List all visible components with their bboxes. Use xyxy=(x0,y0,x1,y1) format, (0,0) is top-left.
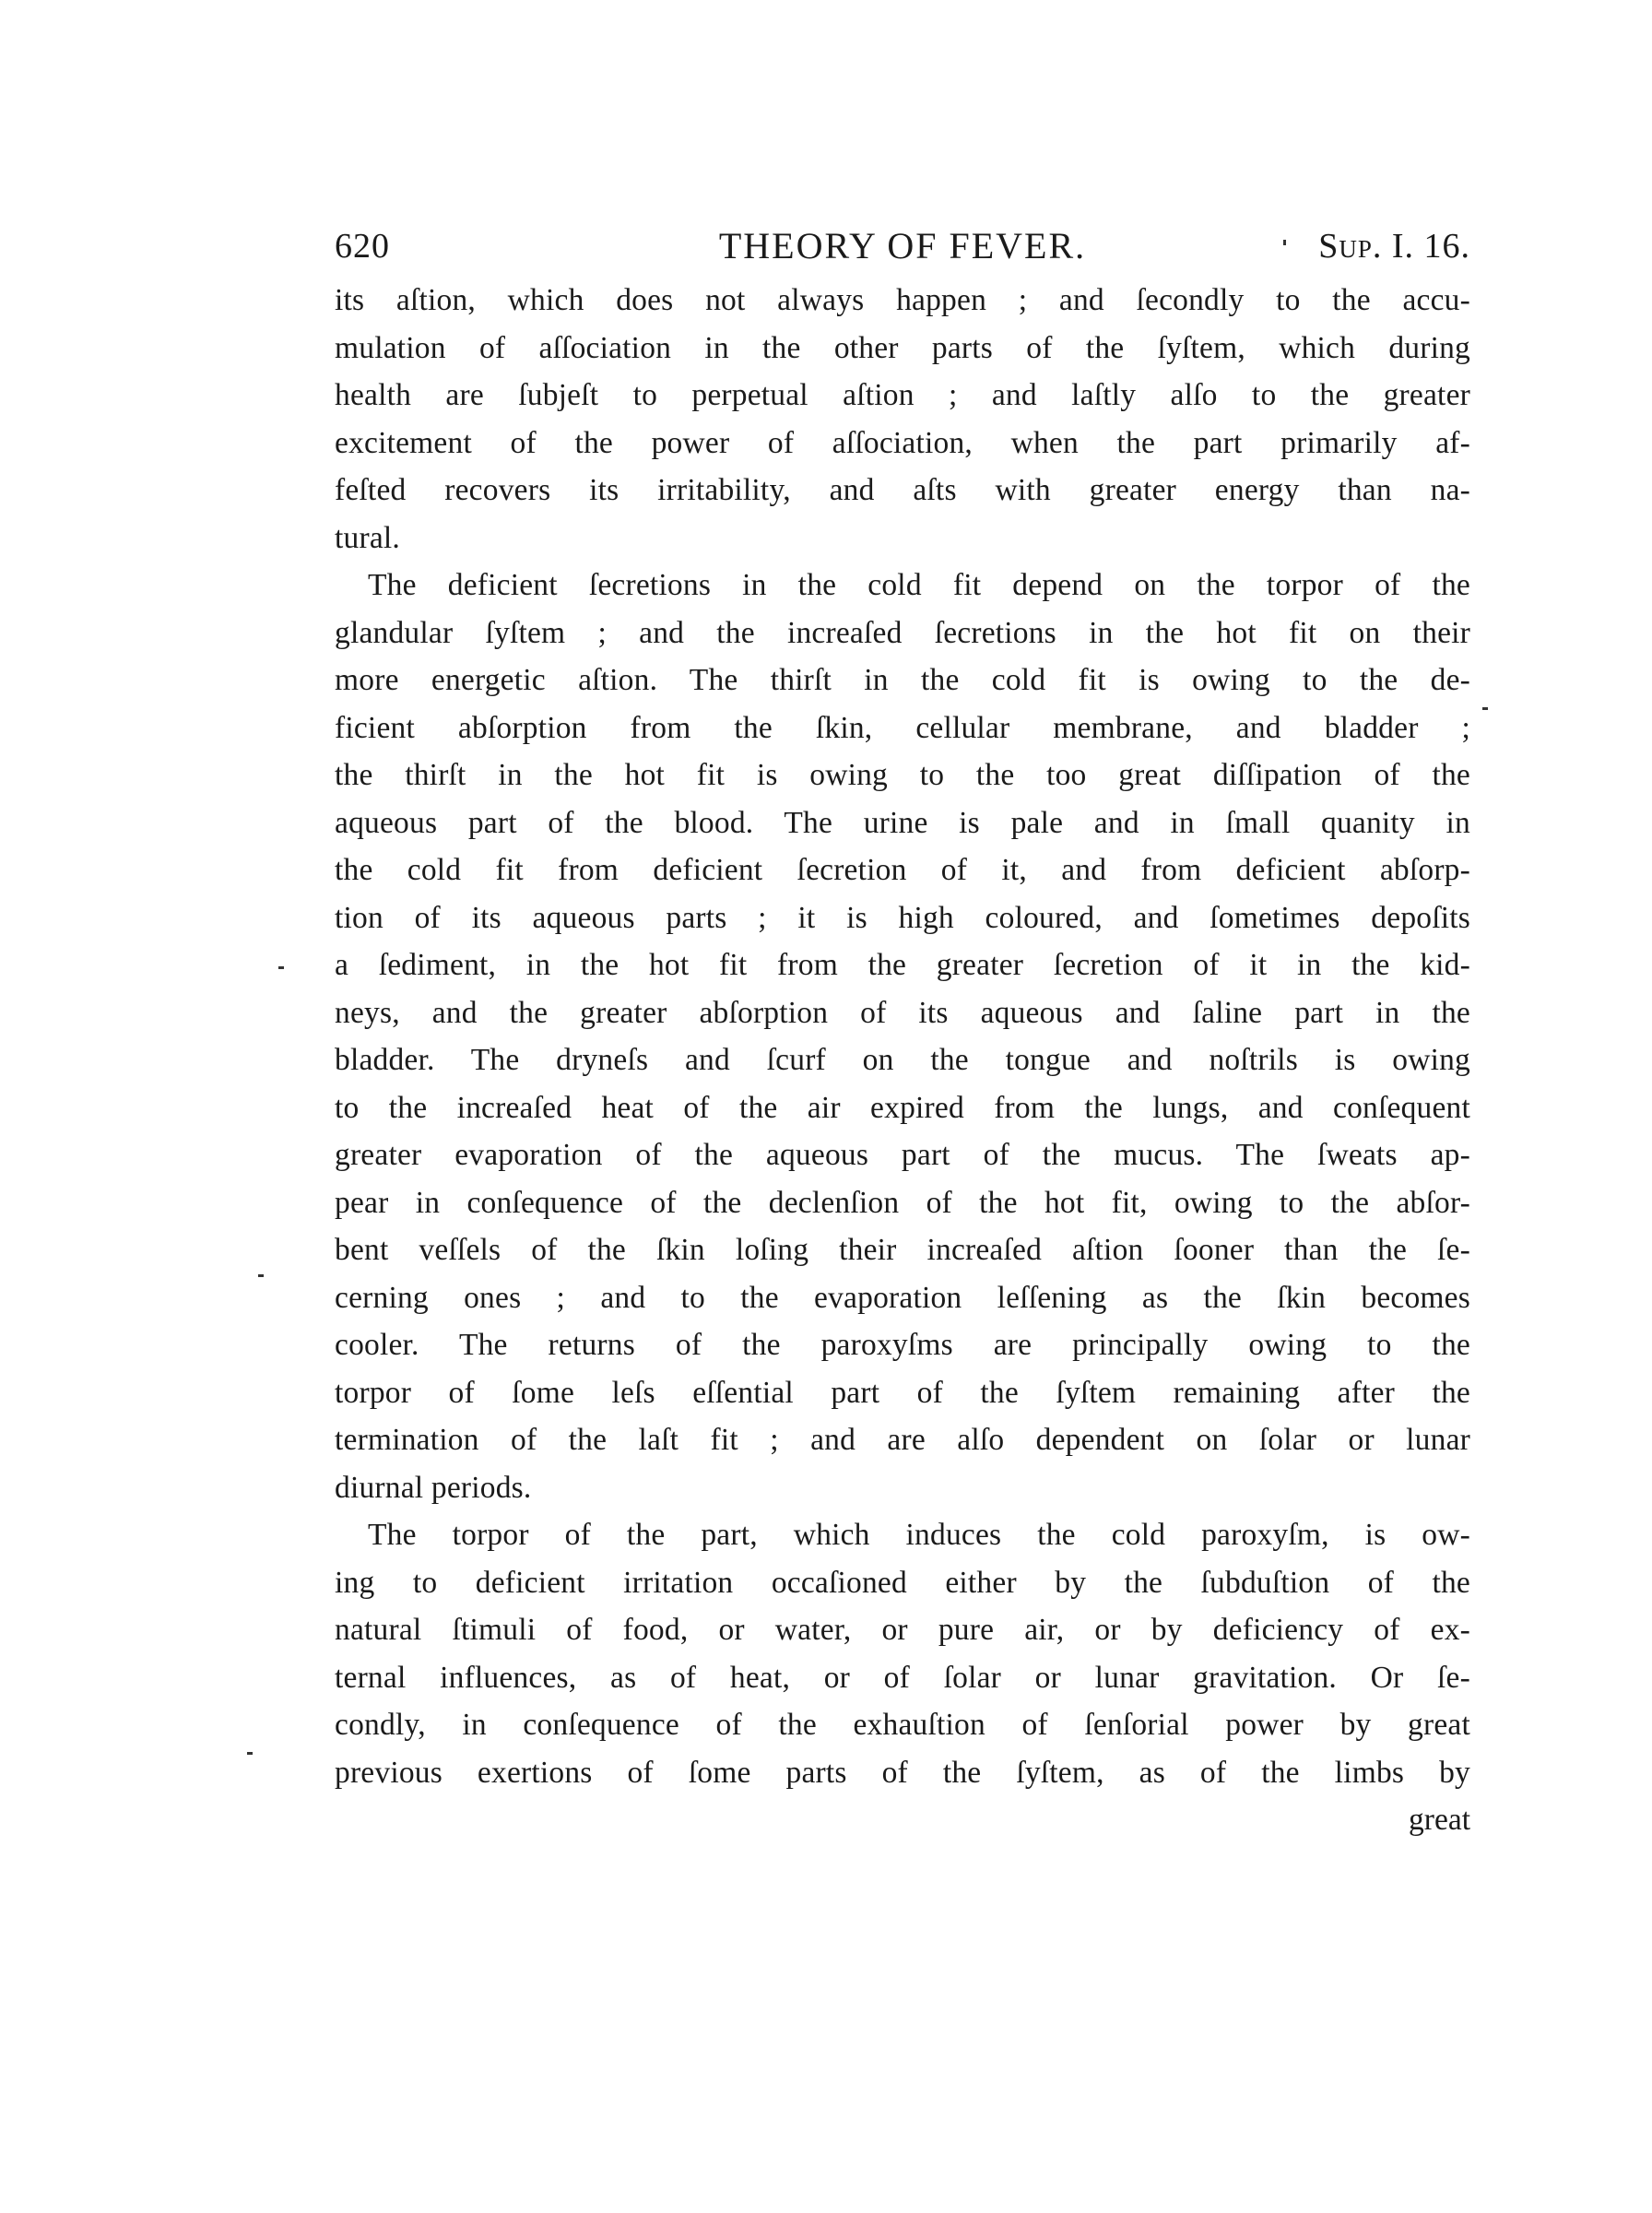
text-line: greater evaporation of the aqueous part … xyxy=(335,1131,1470,1179)
text-line: bladder. The dryneſs and ſcurf on the to… xyxy=(335,1036,1470,1084)
text-line: mulation of aſſociation in the other par… xyxy=(335,325,1470,373)
text-line: to the increaſed heat of the air expired… xyxy=(335,1084,1470,1132)
text-line: neys, and the greater abſorption of its … xyxy=(335,989,1470,1037)
paragraph-2: The deficient ſecretions in the cold fit… xyxy=(335,562,1470,1511)
text-line: cooler. The returns of the paroxyſms are… xyxy=(335,1321,1470,1369)
text-line: The deficient ſecretions in the cold fit… xyxy=(335,562,1470,609)
text-line: the thirſt in the hot fit is owing to th… xyxy=(335,751,1470,799)
running-head: 620 THEORY OF FEVER. Sup. I. 16. xyxy=(335,219,1470,273)
text-line: diurnal periods. xyxy=(335,1464,1470,1512)
text-line: its aſtion, which does not always happen… xyxy=(335,277,1470,325)
text-line: pear in conſequence of the declenſion of… xyxy=(335,1179,1470,1227)
text-line: the cold fit from deficient ſecretion of… xyxy=(335,846,1470,894)
text-line: ficient abſorption from the ſkin, cellul… xyxy=(335,704,1470,752)
text-line: cerning ones ; and to the evaporation le… xyxy=(335,1274,1470,1322)
text-line: ternal influences, as of heat, or of ſol… xyxy=(335,1654,1470,1702)
text-line: termination of the laſt fit ; and are al… xyxy=(335,1416,1470,1464)
margin-speck xyxy=(258,1274,264,1277)
text-line: natural ſtimuli of food, or water, or pu… xyxy=(335,1606,1470,1654)
section-reference: Sup. I. 16. xyxy=(1318,219,1470,273)
text-line: tural. xyxy=(335,515,1470,562)
paragraph-1: its aſtion, which does not always happen… xyxy=(335,277,1470,562)
body-text: its aſtion, which does not always happen… xyxy=(335,277,1470,1844)
text-line: previous exertions of ſome parts of the … xyxy=(335,1749,1470,1797)
text-line: a ſediment, in the hot fit from the grea… xyxy=(335,941,1470,989)
text-line: bent veſſels of the ſkin loſing their in… xyxy=(335,1226,1470,1274)
margin-speck xyxy=(1283,240,1286,245)
text-line: torpor of ſome leſs eſſential part of th… xyxy=(335,1369,1470,1417)
text-line: health are ſubjeſt to perpetual aſtion ;… xyxy=(335,372,1470,420)
text-line: The torpor of the part, which induces th… xyxy=(335,1511,1470,1559)
text-line: ing to deficient irritation occaſioned e… xyxy=(335,1559,1470,1607)
margin-speck xyxy=(247,1752,253,1755)
text-line: feſted recovers its irritability, and aſ… xyxy=(335,467,1470,515)
margin-speck xyxy=(1482,707,1488,710)
running-title: THEORY OF FEVER. xyxy=(335,219,1470,273)
paragraph-3: The torpor of the part, which induces th… xyxy=(335,1511,1470,1796)
text-line: glandular ſyſtem ; and the increaſed ſec… xyxy=(335,609,1470,657)
margin-speck xyxy=(278,966,284,969)
text-line: condly, in conſequence of the exhauſtion… xyxy=(335,1701,1470,1749)
text-line: excitement of the power of aſſociation, … xyxy=(335,420,1470,467)
text-line: aqueous part of the blood. The urine is … xyxy=(335,799,1470,847)
catchword: great xyxy=(335,1796,1470,1844)
text-line: tion of its aqueous parts ; it is high c… xyxy=(335,894,1470,942)
text-line: more energetic aſtion. The thirſt in the… xyxy=(335,657,1470,704)
book-page: 620 THEORY OF FEVER. Sup. I. 16. its aſt… xyxy=(335,219,1470,1844)
